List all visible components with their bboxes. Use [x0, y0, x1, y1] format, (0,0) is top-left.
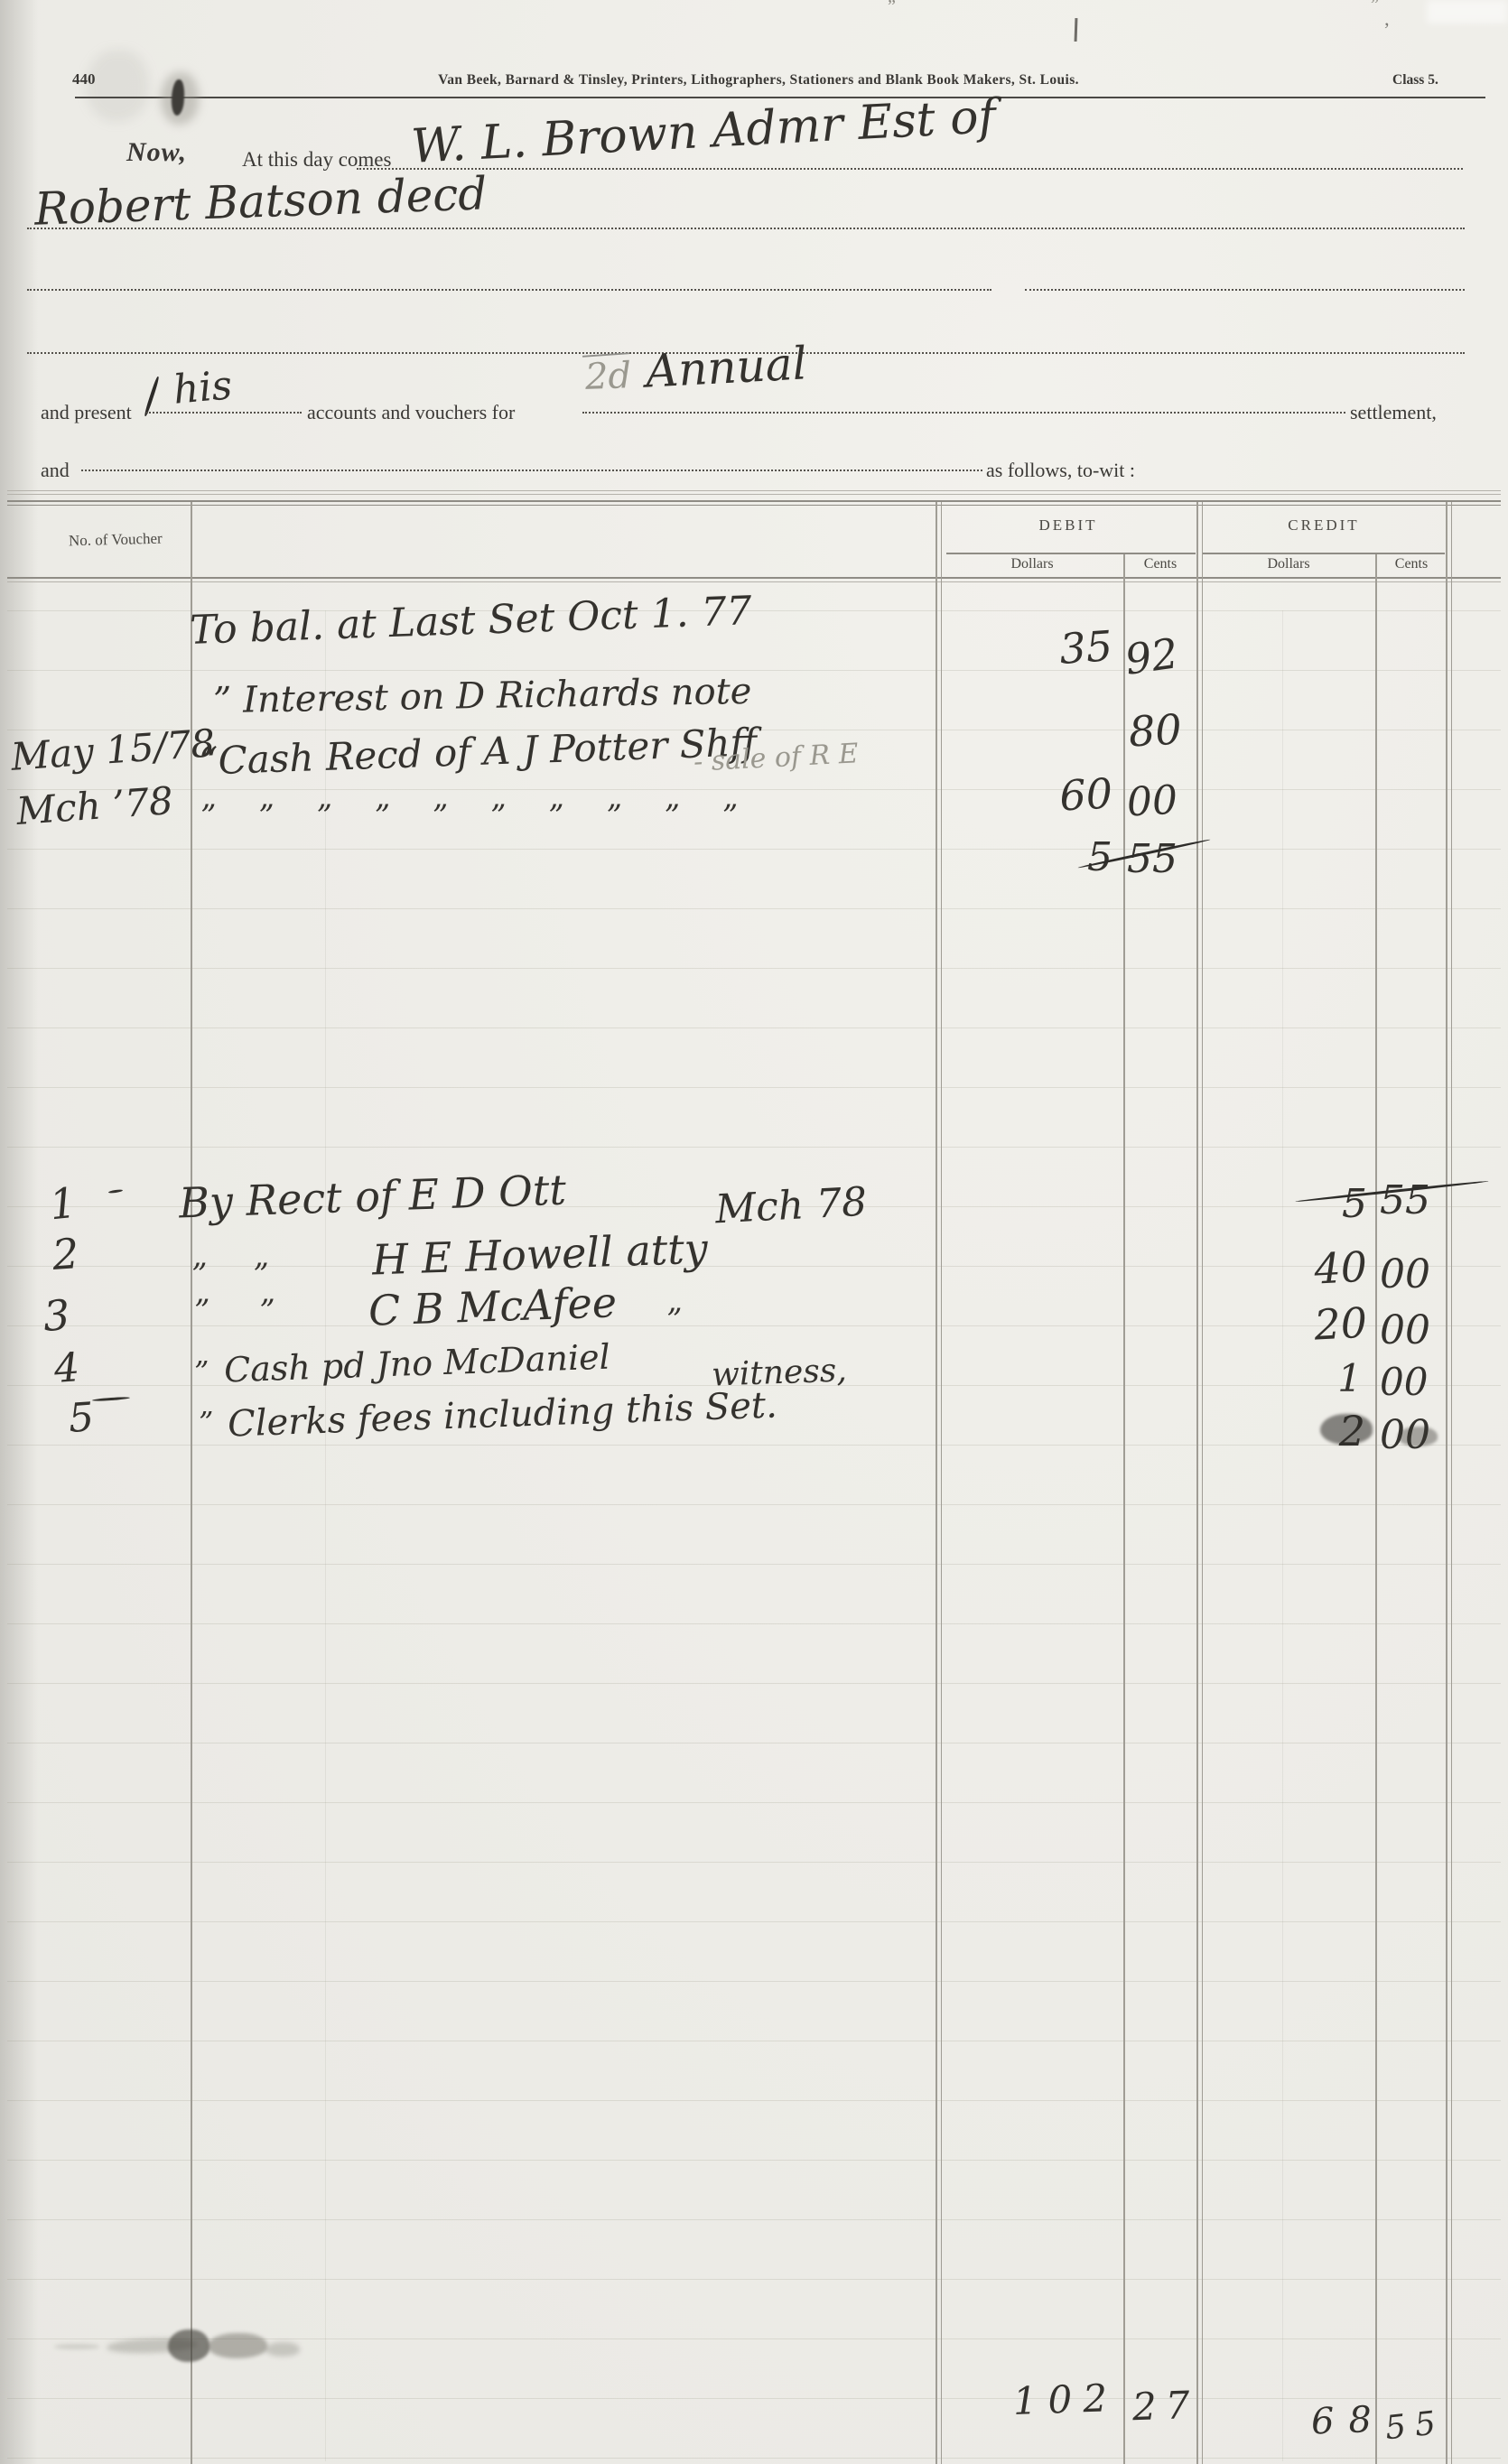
printer-imprint: Van Beek, Barnard & Tinsley, Printers, L…: [217, 72, 1300, 88]
credit-entry-description: C B McAfee: [368, 1278, 618, 1335]
debit-dollars-label: Dollars: [941, 556, 1123, 572]
voucher-number: 2: [51, 1229, 80, 1279]
credit-total-dollars: 68: [1310, 2399, 1386, 2443]
ink-smudge: [168, 2329, 209, 2362]
credit-entry-ditto: ” ”: [194, 1293, 275, 1329]
table-rule: [7, 500, 1501, 502]
stray-ink-mark: ”: [888, 0, 896, 17]
ink-blot: [1398, 1427, 1438, 1446]
table-right-line: [1446, 502, 1447, 2464]
voucher-number: 5: [67, 1394, 95, 1442]
debit-credit-line: [1196, 502, 1198, 2464]
ghost-ink-transfer: [86, 50, 149, 122]
debit-entry-ditto-row: ” ” ” ” ” ” ” ” ” ”: [200, 798, 738, 834]
credit-entry-ditto: ”: [194, 1354, 209, 1389]
credit-cents-line: [1375, 554, 1377, 2464]
dotted-rule: [582, 412, 1345, 414]
voucher-number: 1: [47, 1178, 79, 1230]
debit-left-line: [936, 502, 937, 2464]
dotted-rule: [1025, 289, 1465, 291]
table-rule: [7, 490, 1501, 491]
credit-dollars-label: Dollars: [1202, 556, 1375, 572]
vouchers-text: accounts and vouchers for: [307, 401, 515, 424]
debit-credit-line: [1202, 502, 1204, 2464]
debit-total-dollars: 102: [956, 2376, 1119, 2425]
debit-entry-cents: 80: [1128, 705, 1183, 757]
present-text: and present: [41, 401, 132, 424]
header-rule: [75, 97, 1485, 98]
ink-smudge: [54, 2344, 99, 2349]
voucher-column-header: No. of Voucher: [69, 530, 163, 551]
stray-ink-mark: ”: [1371, 0, 1379, 15]
credit-entry-ditto: ” ”: [191, 1257, 269, 1293]
scan-corner-highlight: [1427, 0, 1508, 23]
table-right-line: [1451, 502, 1453, 2464]
debit-entry-cents: 00: [1126, 777, 1179, 826]
credit-entry-dollars: 20: [1215, 1298, 1369, 1355]
debit-entry-dollars: 5: [957, 834, 1112, 880]
credit-entry-cents: 00: [1380, 1307, 1430, 1353]
debit-entry-cents: 92: [1122, 628, 1181, 684]
stray-ink-tick: [1075, 18, 1077, 42]
ink-smudge: [265, 2342, 300, 2357]
dotted-rule: [27, 289, 991, 291]
credit-total-cents: 55: [1383, 2404, 1447, 2448]
pen-flourish: [144, 377, 160, 417]
credit-entry-cents: 55: [1380, 1177, 1430, 1223]
debit-header: DEBIT: [941, 516, 1196, 535]
voucher-column-line: [191, 502, 192, 2464]
credit-underline: [1203, 553, 1445, 554]
table-rule: [7, 577, 1501, 579]
debit-left-line: [941, 502, 943, 2464]
page-number: 440: [72, 70, 96, 88]
handwritten-pronoun: his: [172, 362, 234, 413]
debit-entry-dollars: 60: [956, 769, 1114, 826]
debit-entry-cents: 55: [1127, 836, 1178, 882]
credit-entry-dollars: 1: [1215, 1356, 1362, 1400]
dotted-rule: [27, 228, 1465, 229]
bleedthrough-line: [1282, 610, 1283, 2461]
now-word: Now,: [126, 137, 187, 168]
stray-ink-mark: ’: [1383, 18, 1390, 42]
debit-underline: [946, 553, 1196, 554]
class-label: Class 5.: [1392, 72, 1438, 88]
table-rule: [7, 494, 1501, 495]
credit-entry-cents: 00: [1380, 1251, 1430, 1297]
dotted-rule: [81, 470, 982, 471]
ledger-page: ” ” ’ 440 Van Beek, Barnard & Tinsley, P…: [0, 0, 1508, 2464]
credit-entry-dollars: 40: [1215, 1242, 1369, 1299]
credit-cents-label: Cents: [1377, 556, 1446, 572]
credit-entry-date: Mch 78: [714, 1179, 868, 1233]
dotted-rule: [146, 412, 302, 414]
handwritten-name-line-1: W. L. Brown Admr Est of: [410, 89, 997, 174]
credit-entry-cents: 00: [1380, 1360, 1428, 1404]
settlement-text: settlement,: [1350, 401, 1437, 424]
faint-ledger-ruling: [7, 610, 1501, 2461]
table-rule: [7, 581, 1501, 582]
voucher-number: 3: [42, 1290, 71, 1341]
table-rule: [7, 505, 1501, 507]
ink-blot: [1320, 1414, 1373, 1445]
debit-total-cents: 27: [1131, 2383, 1199, 2430]
dotted-rule: [357, 168, 1463, 170]
credit-header: CREDIT: [1202, 516, 1446, 535]
voucher-number: 4: [52, 1344, 80, 1392]
handwritten-settlement-word: Annual: [645, 337, 808, 397]
and-text: and: [41, 459, 70, 482]
ink-smudge: [208, 2333, 267, 2358]
handwritten-name-line-2: Robert Batson decd: [33, 167, 488, 235]
credit-entry-dollars: 5: [1215, 1181, 1367, 1227]
bleedthrough-line: [325, 610, 326, 2461]
towit-text: as follows, to-wit :: [986, 459, 1135, 482]
credit-entry-ditto: ”: [199, 1405, 213, 1439]
credit-entry-ditto-suffix: ”: [666, 1302, 682, 1338]
handwritten-settlement-number: 2d: [584, 355, 632, 398]
debit-cents-label: Cents: [1125, 556, 1196, 572]
debit-cents-line: [1123, 554, 1125, 2464]
